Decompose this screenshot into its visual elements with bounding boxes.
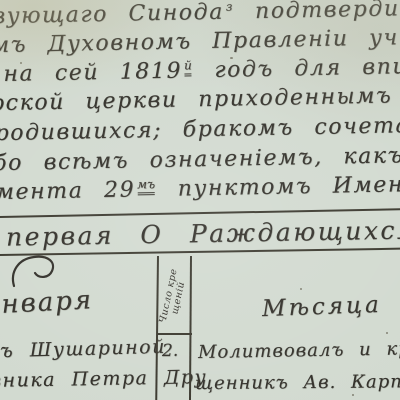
line-text: на сей 1819	[3, 59, 182, 87]
rotated-header-text: Число кре щеній	[158, 268, 189, 326]
paper-speckle	[334, 122, 336, 124]
paper-speckle	[96, 10, 98, 12]
entry-note-line-2: щенникъ Ав. Карпинко	[195, 371, 400, 394]
line-text: подтвердитъ	[255, 0, 400, 24]
year-superscript: й	[184, 58, 192, 76]
capital-letter-flourish	[8, 254, 60, 288]
superscript-mark: з	[226, 0, 233, 14]
entry-note-line-1: Молитвовалъ и крес	[198, 338, 400, 363]
month-column-header: енваря	[0, 285, 94, 321]
baptism-count-column-header: Число кре щеній	[156, 258, 192, 336]
paper-speckle	[58, 187, 60, 190]
right-column-header: Мѣсяца	[262, 292, 383, 322]
entry-name-line-2: вника Петра Дру	[0, 366, 207, 392]
paper-speckle	[128, 252, 130, 254]
entry-day-number: 2.	[162, 341, 178, 361]
line-text: мента 29	[0, 177, 135, 205]
paper-speckle	[300, 288, 302, 290]
point-number-superscript: мъ	[137, 177, 155, 195]
paper-speckle	[386, 332, 388, 334]
manuscript-page: вующаго Синодаз подтвердитъ мъ Духовномъ…	[0, 0, 400, 400]
line-text: годъ для вписыванія	[214, 52, 400, 83]
paper-speckle	[352, 394, 354, 396]
line-text: пунктомъ Именно	[178, 172, 400, 202]
paper-speckle	[20, 62, 22, 64]
line-text: вующаго Синода	[0, 0, 224, 29]
paper-speckle	[230, 57, 233, 59]
entry-name-line-1: ъ Шушариной	[0, 336, 166, 362]
